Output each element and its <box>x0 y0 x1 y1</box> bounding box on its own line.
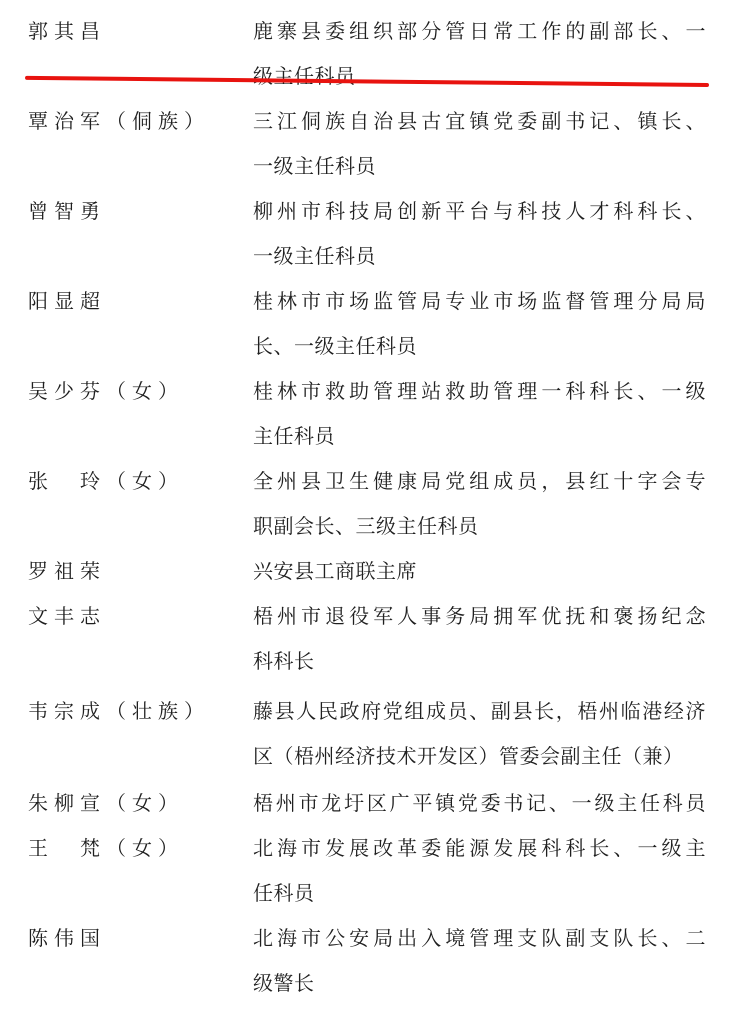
document-page: 郭其昌鹿寨县委组织部分管日常工作的副部长、一级主任科员覃治军（侗族）三江侗族自治… <box>0 0 732 1019</box>
position-line: 三江侗族自治县古宜镇党委副书记、镇长、 <box>253 99 706 144</box>
person-name: 朱柳宣（女） <box>28 781 253 826</box>
list-item: 曾智勇柳州市科技局创新平台与科技人才科科长、一级主任科员 <box>0 189 732 279</box>
position-line: 职副会长、三级主任科员 <box>253 504 706 549</box>
person-position: 三江侗族自治县古宜镇党委副书记、镇长、一级主任科员 <box>253 99 706 189</box>
position-line: 柳州市科技局创新平台与科技人才科科长、 <box>253 189 706 234</box>
person-position: 梧州市龙圩区广平镇党委书记、一级主任科员 <box>253 781 706 826</box>
person-name: 张 玲（女） <box>28 459 253 504</box>
position-line: 桂林市救助管理站救助管理一科科长、一级 <box>253 369 706 414</box>
position-line: 级主任科员 <box>253 54 706 99</box>
person-name: 王 梵（女） <box>28 826 253 871</box>
position-line: 区（梧州经济技术开发区）管委会副主任（兼） <box>253 734 706 779</box>
roster-list: 郭其昌鹿寨县委组织部分管日常工作的副部长、一级主任科员覃治军（侗族）三江侗族自治… <box>0 9 732 1006</box>
person-position: 桂林市市场监管局专业市场监督管理分局局长、一级主任科员 <box>253 279 706 369</box>
position-line: 北海市发展改革委能源发展科科长、一级主 <box>253 826 706 871</box>
person-position: 柳州市科技局创新平台与科技人才科科长、一级主任科员 <box>253 189 706 279</box>
person-name: 曾智勇 <box>28 189 253 234</box>
list-item: 吴少芬（女）桂林市救助管理站救助管理一科科长、一级主任科员 <box>0 369 732 459</box>
person-name: 韦宗成（壮族） <box>28 689 253 734</box>
list-item: 覃治军（侗族）三江侗族自治县古宜镇党委副书记、镇长、一级主任科员 <box>0 99 732 189</box>
person-name: 阳显超 <box>28 279 253 324</box>
list-item: 王 梵（女）北海市发展改革委能源发展科科长、一级主任科员 <box>0 826 732 916</box>
person-position: 全州县卫生健康局党组成员，县红十字会专职副会长、三级主任科员 <box>253 459 706 549</box>
position-line: 主任科员 <box>253 414 706 459</box>
position-line: 梧州市龙圩区广平镇党委书记、一级主任科员 <box>253 781 706 826</box>
position-line: 鹿寨县委组织部分管日常工作的副部长、一 <box>253 9 706 54</box>
person-position: 北海市发展改革委能源发展科科长、一级主任科员 <box>253 826 706 916</box>
person-position: 梧州市退役军人事务局拥军优抚和褒扬纪念科科长 <box>253 594 706 684</box>
person-position: 兴安县工商联主席 <box>253 549 706 594</box>
list-item: 阳显超桂林市市场监管局专业市场监督管理分局局长、一级主任科员 <box>0 279 732 369</box>
position-line: 桂林市市场监管局专业市场监督管理分局局 <box>253 279 706 324</box>
list-item: 陈伟国北海市公安局出入境管理支队副支队长、二级警长 <box>0 916 732 1006</box>
person-name: 郭其昌 <box>28 9 253 54</box>
person-position: 藤县人民政府党组成员、副县长，梧州临港经济区（梧州经济技术开发区）管委会副主任（… <box>253 689 706 779</box>
position-line: 任科员 <box>253 871 706 916</box>
position-line: 全州县卫生健康局党组成员，县红十字会专 <box>253 459 706 504</box>
position-line: 藤县人民政府党组成员、副县长，梧州临港经济 <box>253 689 706 734</box>
list-item: 朱柳宣（女）梧州市龙圩区广平镇党委书记、一级主任科员 <box>0 781 732 826</box>
person-position: 北海市公安局出入境管理支队副支队长、二级警长 <box>253 916 706 1006</box>
position-line: 兴安县工商联主席 <box>253 549 706 594</box>
position-line: 长、一级主任科员 <box>253 324 706 369</box>
list-item: 张 玲（女）全州县卫生健康局党组成员，县红十字会专职副会长、三级主任科员 <box>0 459 732 549</box>
position-line: 科科长 <box>253 639 706 684</box>
position-line: 一级主任科员 <box>253 144 706 189</box>
person-name: 吴少芬（女） <box>28 369 253 414</box>
person-name: 覃治军（侗族） <box>28 99 253 144</box>
position-line: 北海市公安局出入境管理支队副支队长、二 <box>253 916 706 961</box>
list-item: 罗祖荣兴安县工商联主席 <box>0 549 732 594</box>
position-line: 一级主任科员 <box>253 234 706 279</box>
position-line: 级警长 <box>253 961 706 1006</box>
person-position: 桂林市救助管理站救助管理一科科长、一级主任科员 <box>253 369 706 459</box>
person-name: 陈伟国 <box>28 916 253 961</box>
list-item: 韦宗成（壮族）藤县人民政府党组成员、副县长，梧州临港经济区（梧州经济技术开发区）… <box>0 689 732 779</box>
list-item: 文丰志梧州市退役军人事务局拥军优抚和褒扬纪念科科长 <box>0 594 732 684</box>
position-line: 梧州市退役军人事务局拥军优抚和褒扬纪念 <box>253 594 706 639</box>
person-name: 文丰志 <box>28 594 253 639</box>
person-name: 罗祖荣 <box>28 549 253 594</box>
